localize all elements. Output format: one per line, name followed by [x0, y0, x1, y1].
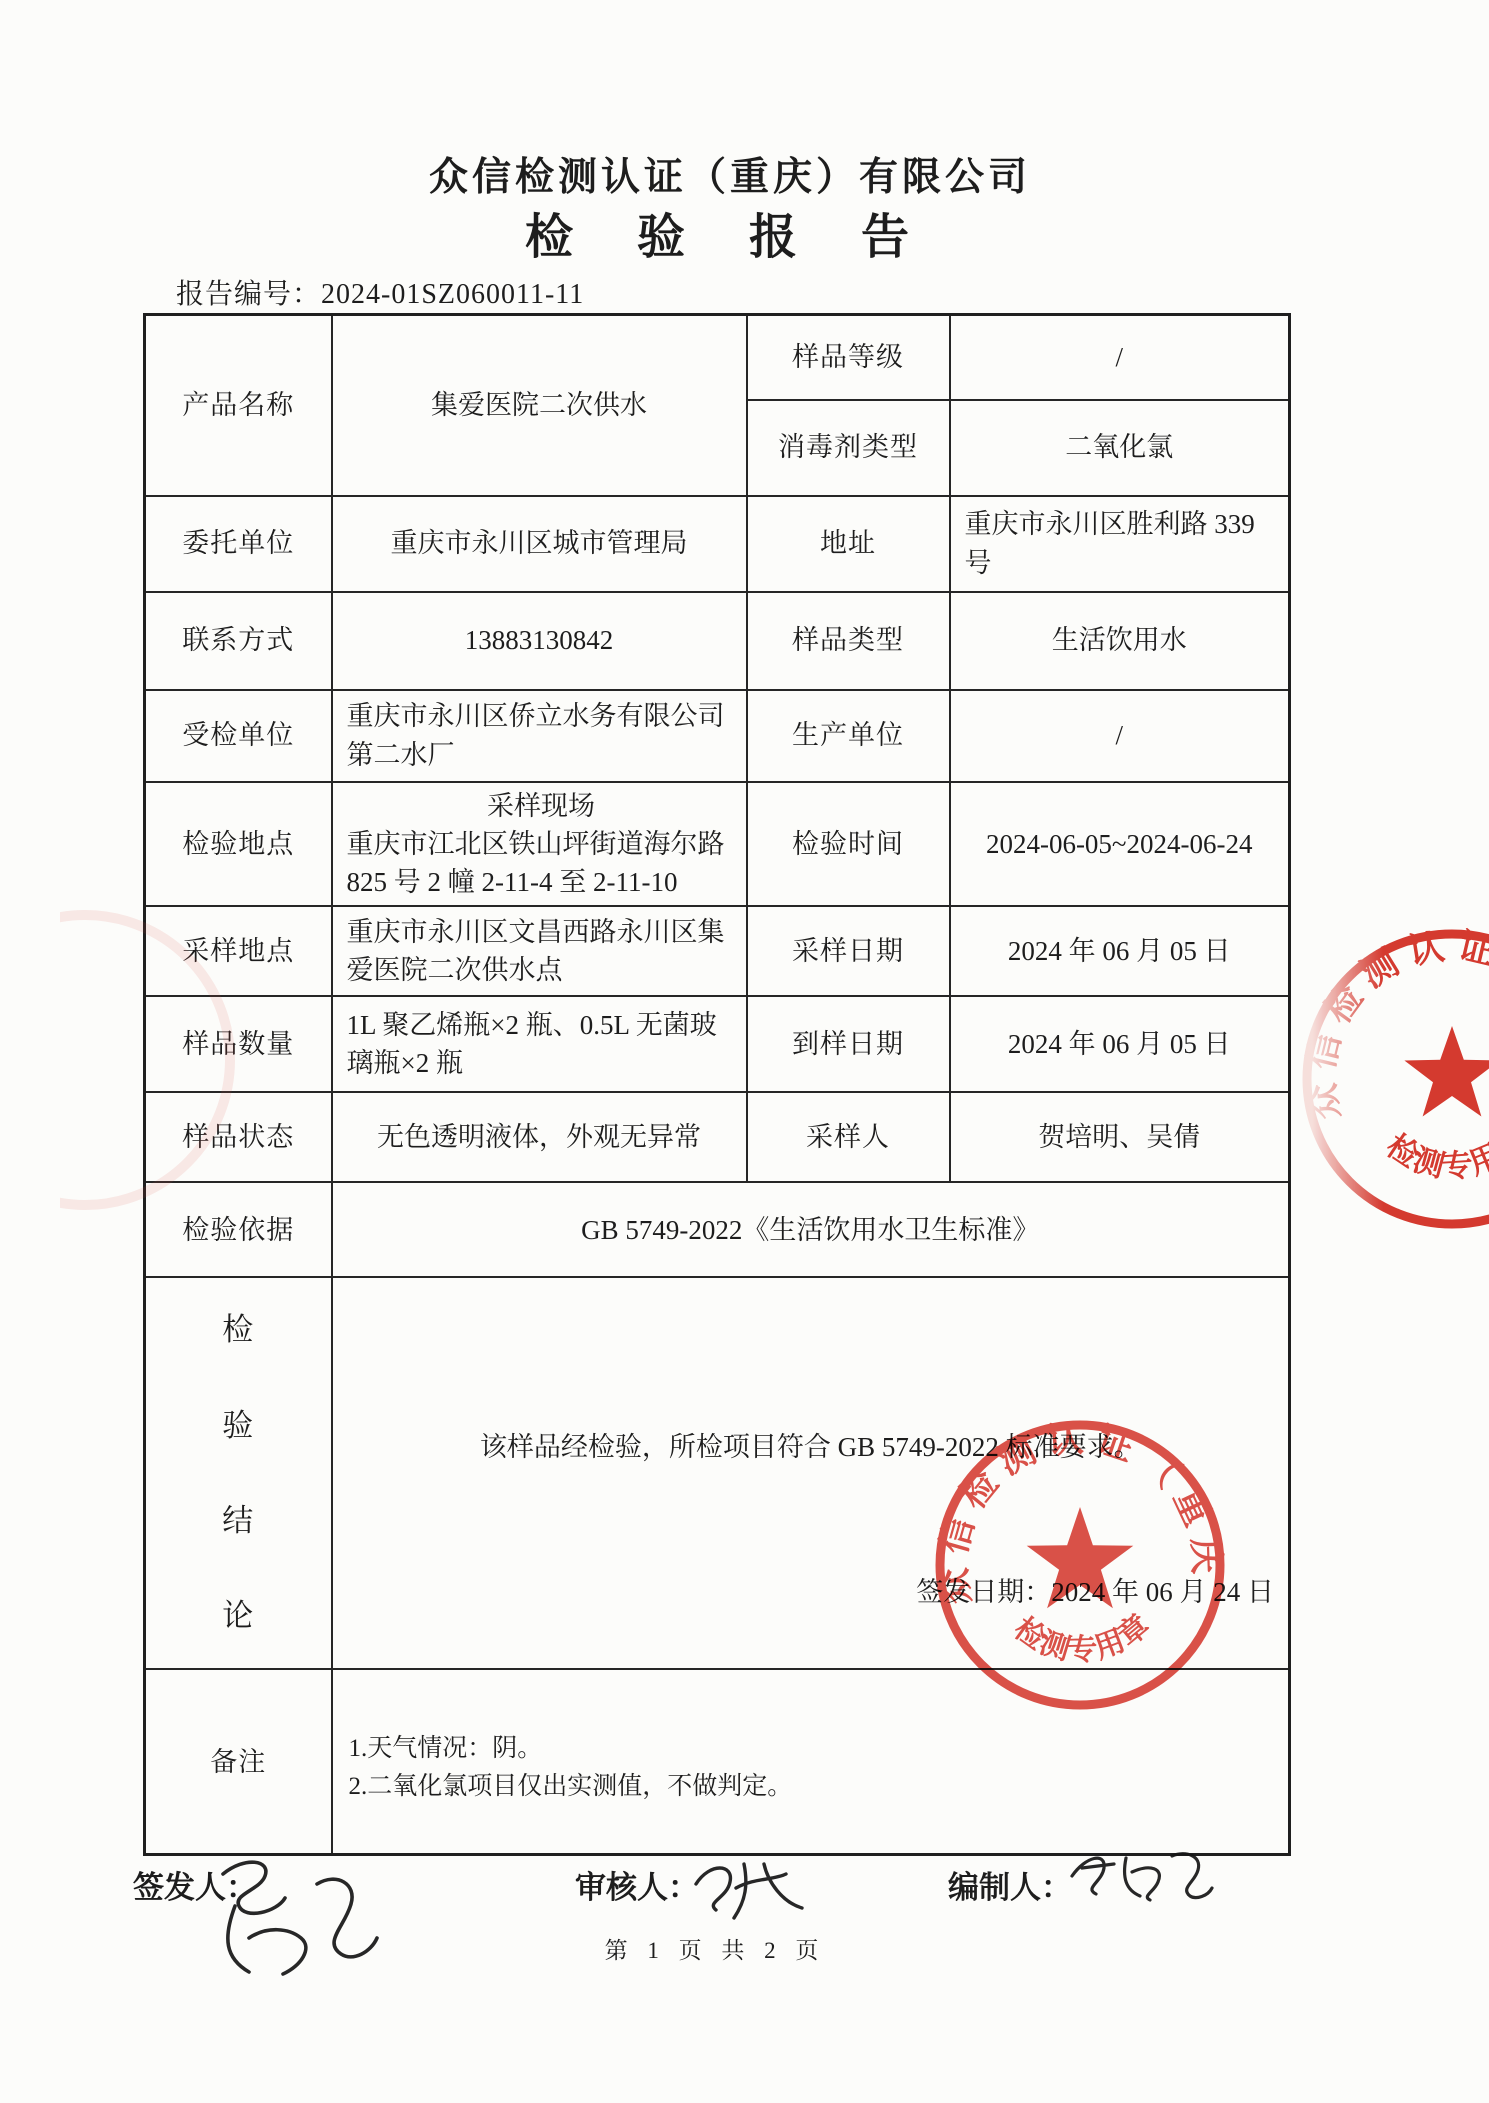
- table-row: 检验依据 GB 5749-2022《生活饮用水卫生标准》: [145, 1182, 1290, 1277]
- disinfectant-value: 二氧化氯: [950, 400, 1290, 496]
- table-row: 受检单位 重庆市永川区侨立水务有限公司第二水厂 生产单位 /: [145, 690, 1290, 782]
- company-seal-edge: 众信检测认证（重庆）有限公司 检测专用章: [1297, 924, 1489, 1234]
- conclusion-char: 论: [222, 1594, 254, 1638]
- seal-star-icon: [1404, 1026, 1489, 1117]
- svg-text:检测专用章: 检测专用章: [1008, 1607, 1157, 1667]
- company-seal-main: 众信检测认证（重庆）有限公司 检测专用章: [930, 1415, 1230, 1715]
- table-row: 样品状态 无色透明液体，外观无异常 采样人 贺培明、吴倩: [145, 1092, 1290, 1182]
- disinfectant-label: 消毒剂类型: [747, 400, 950, 496]
- page-indicator: 第 1 页 共 2 页: [0, 1932, 1430, 1965]
- producer-label: 生产单位: [747, 690, 950, 782]
- reviewer-signature: [688, 1850, 818, 1930]
- svg-text:检测专用章: 检测专用章: [1380, 1121, 1489, 1185]
- contact-label: 联系方式: [145, 592, 332, 690]
- conclusion-char: 检: [222, 1308, 254, 1352]
- sample-grade-label: 样品等级: [747, 315, 950, 400]
- sample-state-value: 无色透明液体，外观无异常: [332, 1092, 747, 1182]
- conclusion-char: 结: [222, 1499, 254, 1543]
- sampling-date-value: 2024 年 06 月 05 日: [950, 906, 1290, 996]
- seal-bottom-text: 检测专用章: [1008, 1607, 1157, 1667]
- sample-qty-value: 1L 聚乙烯瓶×2 瓶、0.5L 无菌玻璃瓶×2 瓶: [332, 996, 747, 1092]
- table-row: 采样地点 重庆市永川区文昌西路永川区集爱医院二次供水点 采样日期 2024 年 …: [145, 906, 1290, 996]
- sampler-label: 采样人: [747, 1092, 950, 1182]
- arrival-date-label: 到样日期: [747, 996, 950, 1092]
- contact-value: 13883130842: [332, 592, 747, 690]
- sample-grade-value: /: [950, 315, 1290, 400]
- inspection-place-line1: 采样现场: [347, 787, 736, 825]
- basis-value: GB 5749-2022《生活饮用水卫生标准》: [332, 1182, 1290, 1277]
- conclusion-char: 验: [222, 1404, 254, 1448]
- sampling-date-label: 采样日期: [747, 906, 950, 996]
- table-row: 委托单位 重庆市永川区城市管理局 地址 重庆市永川区胜利路 339 号: [145, 496, 1290, 592]
- sample-type-label: 样品类型: [747, 592, 950, 690]
- client-value: 重庆市永川区城市管理局: [332, 496, 747, 592]
- inspected-unit-label: 受检单位: [145, 690, 332, 782]
- product-name-label: 产品名称: [145, 315, 332, 496]
- client-label: 委托单位: [145, 496, 332, 592]
- product-name-value: 集爱医院二次供水: [332, 315, 747, 496]
- page-title: 检 验 报 告: [0, 198, 1460, 267]
- preparer-label: 编制人：: [948, 1862, 1072, 1907]
- report-page: 众信检测认证（重庆）有限公司 检 验 报 告 报告编号：2024-01SZ060…: [0, 0, 1489, 2103]
- report-number-value: 2024-01SZ060011-11: [321, 279, 584, 310]
- inspection-place-line2: 重庆市江北区铁山坪街道海尔路825 号 2 幢 2-11-4 至 2-11-10: [347, 825, 736, 902]
- arrival-date-value: 2024 年 06 月 05 日: [950, 996, 1290, 1092]
- remarks-line1: 1.天气情况：阴。: [349, 1730, 1275, 1768]
- report-number-label: 报告编号：: [176, 279, 321, 310]
- sample-type-value: 生活饮用水: [950, 592, 1290, 690]
- table-row: 样品数量 1L 聚乙烯瓶×2 瓶、0.5L 无菌玻璃瓶×2 瓶 到样日期 202…: [145, 996, 1290, 1092]
- inspected-unit-value: 重庆市永川区侨立水务有限公司第二水厂: [332, 690, 747, 782]
- inspection-time-label: 检验时间: [747, 782, 950, 907]
- sampling-place-value: 重庆市永川区文昌西路永川区集爱医院二次供水点: [332, 906, 747, 996]
- producer-value: /: [950, 690, 1290, 782]
- table-row: 产品名称 集爱医院二次供水 样品等级 /: [145, 315, 1290, 400]
- company-title: 众信检测认证（重庆）有限公司: [0, 146, 1460, 202]
- inspection-place-value: 采样现场 重庆市江北区铁山坪街道海尔路825 号 2 幢 2-11-4 至 2-…: [332, 782, 747, 907]
- reviewer-label: 审核人：: [575, 1862, 699, 1907]
- inspection-place-label: 检验地点: [145, 782, 332, 907]
- table-row: 联系方式 13883130842 样品类型 生活饮用水: [145, 592, 1290, 690]
- conclusion-label: 检 验 结 论: [145, 1277, 332, 1669]
- table-row: 检验地点 采样现场 重庆市江北区铁山坪街道海尔路825 号 2 幢 2-11-4…: [145, 782, 1290, 907]
- seal-star-icon: [1027, 1507, 1134, 1608]
- sampler-value: 贺培明、吴倩: [950, 1092, 1290, 1182]
- preparer-signature: [1062, 1836, 1218, 1910]
- inspection-time-value: 2024-06-05~2024-06-24: [950, 782, 1290, 907]
- seal-bottom-text: 检测专用章: [1380, 1121, 1489, 1185]
- report-number: 报告编号：2024-01SZ060011-11: [176, 272, 584, 312]
- address-value: 重庆市永川区胜利路 339 号: [950, 496, 1290, 592]
- remarks-line2: 2.二氧化氯项目仅出实测值，不做判定。: [349, 1768, 1275, 1806]
- remarks-label: 备注: [145, 1669, 332, 1854]
- faint-stamp-arc: [60, 900, 260, 1220]
- address-label: 地址: [747, 496, 950, 592]
